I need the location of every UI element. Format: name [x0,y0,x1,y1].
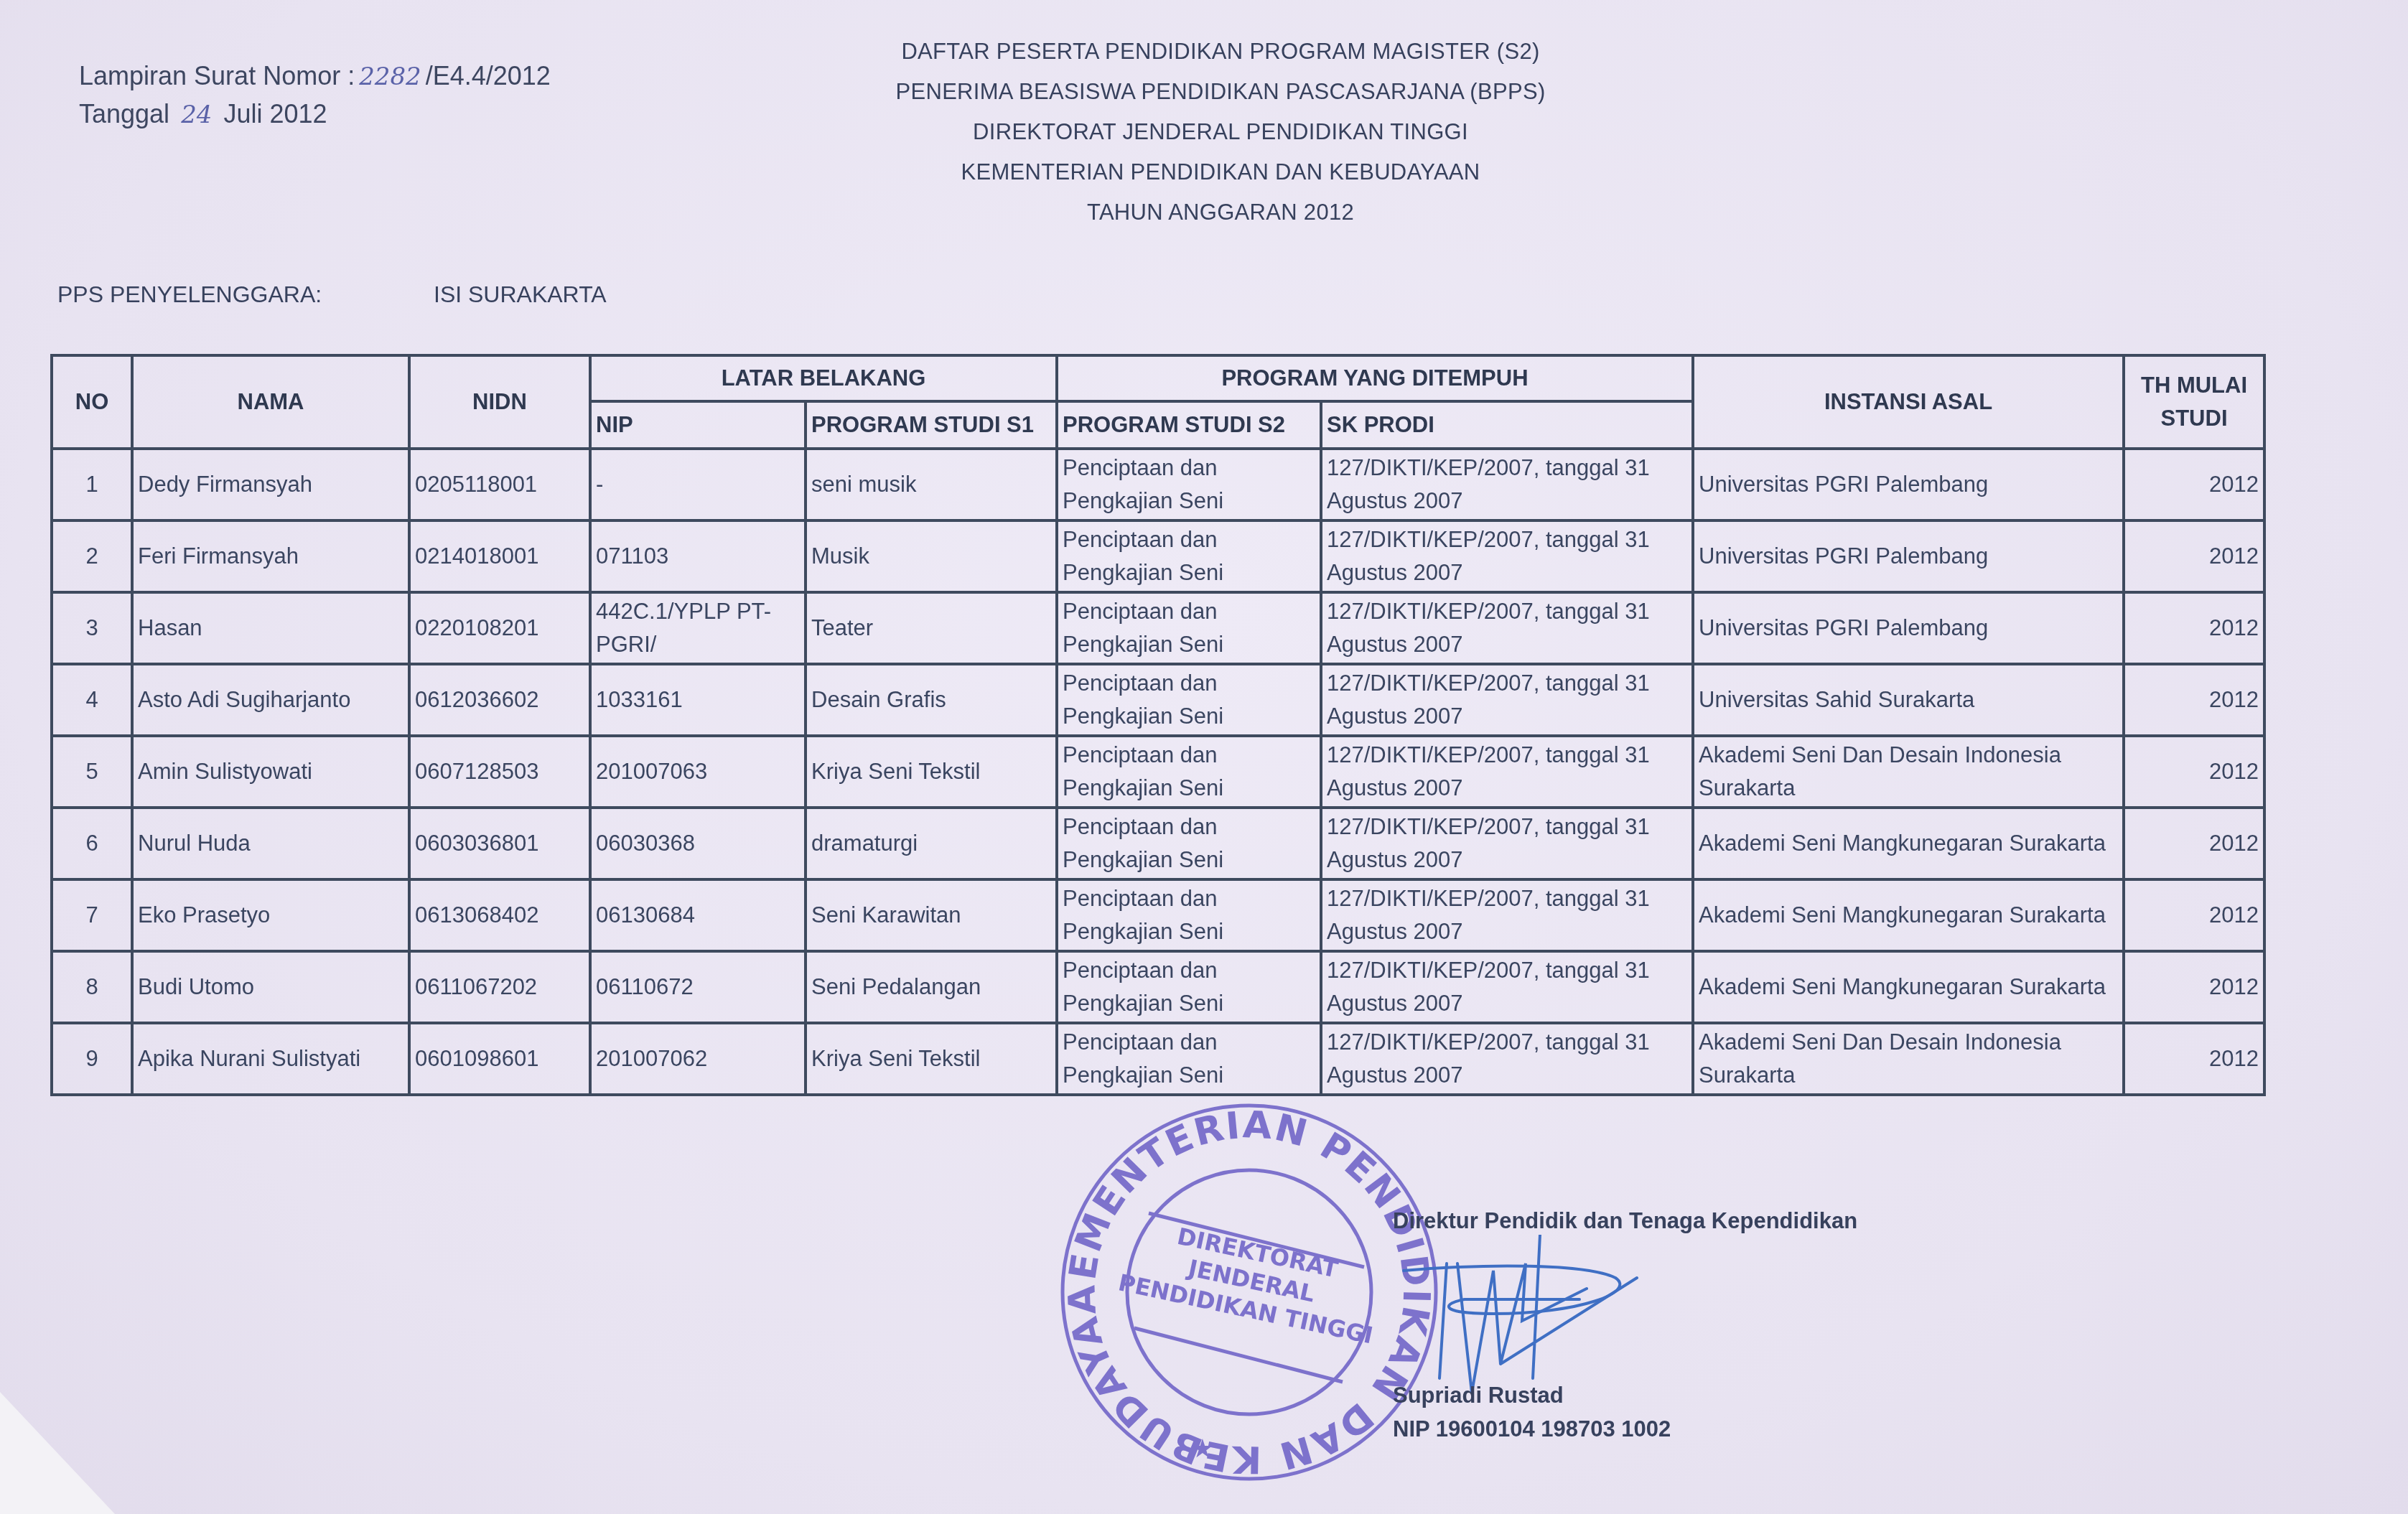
cell-sk: 127/DIKTI/KEP/2007, tanggal 31 Agustus 2… [1321,449,1693,520]
letter-number-line: Lampiran Surat Nomor :2282/E4.4/2012 [79,57,551,95]
organizer-label: PPS PENYELENGGARA: [57,281,434,308]
paper-fold [0,1392,115,1514]
cell-sk: 127/DIKTI/KEP/2007, tanggal 31 Agustus 2… [1321,664,1693,736]
cell-s1: Seni Pedalangan [806,951,1057,1023]
cell-sk: 127/DIKTI/KEP/2007, tanggal 31 Agustus 2… [1321,592,1693,664]
cell-th: 2012 [2124,664,2264,736]
signatory-name: Supriadi Rustad [1393,1383,1564,1408]
cell-no: 9 [52,1023,132,1095]
cell-s2: Penciptaan dan Pengkajian Seni [1057,1023,1321,1095]
cell-nidn: 0613068402 [409,879,590,951]
header-sk-prodi: SK PRODI [1321,401,1693,449]
cell-instansi: Akademi Seni Mangkunegaran Surakarta [1693,879,2124,951]
cell-th: 2012 [2124,879,2264,951]
cell-nip: 1033161 [590,664,806,736]
cell-nidn: 0205118001 [409,449,590,520]
cell-instansi: Universitas PGRI Palembang [1693,520,2124,592]
cell-s2: Penciptaan dan Pengkajian Seni [1057,879,1321,951]
header-program-yang-ditempuh: PROGRAM YANG DITEMPUH [1057,355,1693,401]
cell-sk: 127/DIKTI/KEP/2007, tanggal 31 Agustus 2… [1321,808,1693,879]
handwritten-date-day: 24 [181,101,212,129]
letter-reference: Lampiran Surat Nomor :2282/E4.4/2012 Tan… [79,57,551,134]
cell-sk: 127/DIKTI/KEP/2007, tanggal 31 Agustus 2… [1321,951,1693,1023]
cell-th: 2012 [2124,736,2264,808]
title-line: KEMENTERIAN PENDIDIKAN DAN KEBUDAYAAN [790,152,1651,192]
cell-no: 5 [52,736,132,808]
cell-instansi: Akademi Seni Mangkunegaran Surakarta [1693,951,2124,1023]
cell-th: 2012 [2124,808,2264,879]
cell-instansi: Universitas PGRI Palembang [1693,592,2124,664]
title-line: DIREKTORAT JENDERAL PENDIDIKAN TINGGI [790,112,1651,152]
table-row: 3Hasan0220108201442C.1/YPLP PT-PGRI/Teat… [52,592,2264,664]
cell-nama: Feri Firmansyah [132,520,409,592]
table-row: 7Eko Prasetyo061306840206130684Seni Kara… [52,879,2264,951]
handwritten-signature [1400,1235,1658,1400]
cell-instansi: Universitas PGRI Palembang [1693,449,2124,520]
cell-sk: 127/DIKTI/KEP/2007, tanggal 31 Agustus 2… [1321,520,1693,592]
cell-no: 4 [52,664,132,736]
stamp-inner-text: DIREKTORATJENDERALPENDIDIKAN TINGGI [1116,1212,1387,1350]
cell-s1: Seni Karawitan [806,879,1057,951]
cell-nip: 442C.1/YPLP PT-PGRI/ [590,592,806,664]
cell-s2: Penciptaan dan Pengkajian Seni [1057,520,1321,592]
cell-s2: Penciptaan dan Pengkajian Seni [1057,808,1321,879]
cell-s2: Penciptaan dan Pengkajian Seni [1057,736,1321,808]
cell-th: 2012 [2124,449,2264,520]
cell-s2: Penciptaan dan Pengkajian Seni [1057,449,1321,520]
cell-instansi: Universitas Sahid Surakarta [1693,664,2124,736]
cell-nidn: 0220108201 [409,592,590,664]
cell-instansi: Akademi Seni Dan Desain Indonesia Suraka… [1693,736,2124,808]
cell-nip: 071103 [590,520,806,592]
title-line: DAFTAR PESERTA PENDIDIKAN PROGRAM MAGIST… [790,32,1651,72]
cell-no: 6 [52,808,132,879]
cell-no: 3 [52,592,132,664]
cell-nama: Asto Adi Sugiharjanto [132,664,409,736]
cell-nama: Dedy Firmansyah [132,449,409,520]
header-latar-belakang: LATAR BELAKANG [590,355,1057,401]
cell-s2: Penciptaan dan Pengkajian Seni [1057,664,1321,736]
cell-th: 2012 [2124,1023,2264,1095]
header-program-studi-s1: PROGRAM STUDI S1 [806,401,1057,449]
cell-s1: Musik [806,520,1057,592]
cell-nidn: 0611067202 [409,951,590,1023]
cell-nidn: 0607128503 [409,736,590,808]
header-no: NO [52,355,132,449]
cell-s1: seni musik [806,449,1057,520]
cell-nidn: 0612036602 [409,664,590,736]
cell-nama: Eko Prasetyo [132,879,409,951]
cell-nama: Budi Utomo [132,951,409,1023]
table-row: 4Asto Adi Sugiharjanto06120366021033161D… [52,664,2264,736]
cell-th: 2012 [2124,592,2264,664]
organizer-value: ISI SURAKARTA [434,281,607,307]
cell-s2: Penciptaan dan Pengkajian Seni [1057,592,1321,664]
cell-s1: Teater [806,592,1057,664]
table-row: 1Dedy Firmansyah0205118001-seni musikPen… [52,449,2264,520]
cell-no: 2 [52,520,132,592]
cell-instansi: Akademi Seni Mangkunegaran Surakarta [1693,808,2124,879]
document-title: DAFTAR PESERTA PENDIDIKAN PROGRAM MAGIST… [790,32,1651,233]
signatory-nip: NIP 19600104 198703 1002 [1393,1416,1671,1442]
cell-sk: 127/DIKTI/KEP/2007, tanggal 31 Agustus 2… [1321,879,1693,951]
letter-date-line: Tanggal 24 Juli 2012 [79,95,551,134]
cell-nidn: 0603036801 [409,808,590,879]
cell-no: 1 [52,449,132,520]
participants-table: NO NAMA NIDN LATAR BELAKANG PROGRAM YANG… [50,354,2266,1096]
cell-nip: 06130684 [590,879,806,951]
cell-s1: Kriya Seni Tekstil [806,736,1057,808]
cell-sk: 127/DIKTI/KEP/2007, tanggal 31 Agustus 2… [1321,1023,1693,1095]
cell-no: 7 [52,879,132,951]
star-icon: ★ [1191,1434,1214,1463]
signatory-title: Direktur Pendidik dan Tenaga Kependidika… [1393,1208,1857,1234]
cell-nip: - [590,449,806,520]
title-line: TAHUN ANGGARAN 2012 [790,192,1651,233]
handwritten-letter-number: 2282 [359,62,421,91]
cell-nama: Amin Sulistyowati [132,736,409,808]
cell-instansi: Akademi Seni Dan Desain Indonesia Suraka… [1693,1023,2124,1095]
header-program-studi-s2: PROGRAM STUDI S2 [1057,401,1321,449]
organizer-line: PPS PENYELENGGARA:ISI SURAKARTA [57,281,607,308]
cell-nidn: 0601098601 [409,1023,590,1095]
cell-nip: 06110672 [590,951,806,1023]
cell-no: 8 [52,951,132,1023]
cell-s2: Penciptaan dan Pengkajian Seni [1057,951,1321,1023]
header-nidn: NIDN [409,355,590,449]
cell-s1: Desain Grafis [806,664,1057,736]
table-row: 6Nurul Huda060303680106030368dramaturgiP… [52,808,2264,879]
cell-nip: 201007062 [590,1023,806,1095]
cell-s1: dramaturgi [806,808,1057,879]
cell-nama: Hasan [132,592,409,664]
cell-nama: Apika Nurani Sulistyati [132,1023,409,1095]
header-nama: NAMA [132,355,409,449]
cell-th: 2012 [2124,520,2264,592]
header-nip: NIP [590,401,806,449]
cell-s1: Kriya Seni Tekstil [806,1023,1057,1095]
cell-nama: Nurul Huda [132,808,409,879]
cell-nip: 06030368 [590,808,806,879]
cell-nidn: 0214018001 [409,520,590,592]
cell-nip: 201007063 [590,736,806,808]
table-row: 8Budi Utomo061106720206110672Seni Pedala… [52,951,2264,1023]
header-instansi-asal: INSTANSI ASAL [1693,355,2124,449]
table-row: 5Amin Sulistyowati0607128503201007063Kri… [52,736,2264,808]
table-row: 2Feri Firmansyah0214018001071103MusikPen… [52,520,2264,592]
table-row: 9Apika Nurani Sulistyati0601098601201007… [52,1023,2264,1095]
official-stamp: KEMENTERIAN PENDIDIKAN DAN KEBUDAYAAN DI… [1055,1098,1443,1486]
cell-sk: 127/DIKTI/KEP/2007, tanggal 31 Agustus 2… [1321,736,1693,808]
title-line: PENERIMA BEASISWA PENDIDIKAN PASCASARJAN… [790,72,1651,112]
cell-th: 2012 [2124,951,2264,1023]
header-th-mulai-studi: TH MULAI STUDI [2124,355,2264,449]
